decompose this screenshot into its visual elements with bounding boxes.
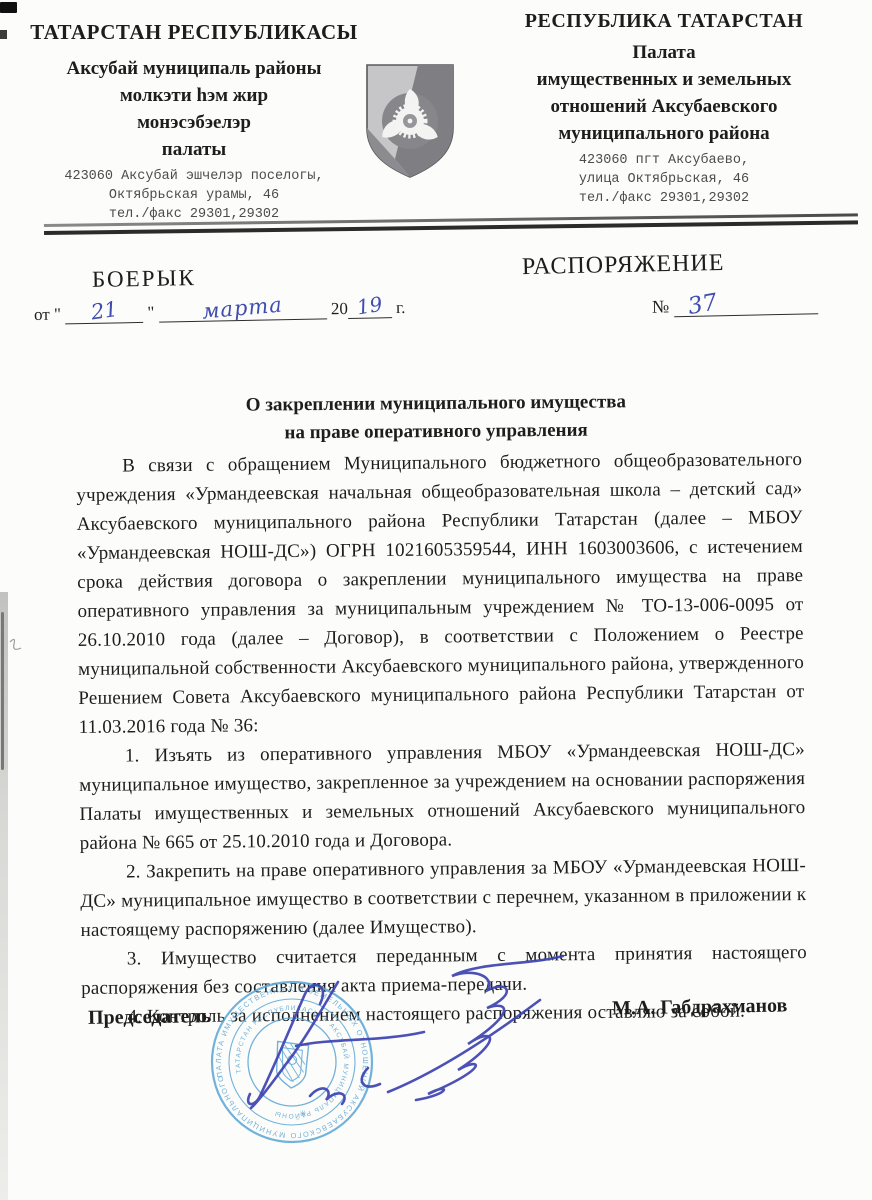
stamp-star-separator: ✳	[298, 1108, 308, 1119]
org-name-line: молкэти hэм жир	[26, 82, 362, 109]
org-name-line: муниципального района	[468, 120, 860, 147]
scan-artifact-corner-small	[0, 30, 7, 39]
document-subject: О закреплении муниципального имущества н…	[0, 386, 872, 450]
scan-artifact-pencil-mark	[10, 639, 21, 649]
order-title-russian: РАСПОРЯЖЕНИЕ	[522, 250, 725, 281]
org-name-line: РЕСПУБЛИКА ТАТАРСТАН	[468, 10, 860, 33]
body-paragraph: 2. Закрепить на праве оперативного управ…	[80, 851, 807, 945]
scan-artifact-left-line	[1, 612, 4, 770]
address-line: 423060 Аксубай эшчелэр поселогы,	[26, 167, 362, 186]
handwritten-day: 21	[89, 299, 118, 323]
order-number-line: № 37	[652, 292, 818, 317]
date-month-blank: марта	[158, 296, 326, 322]
stamp-center-shield	[276, 1041, 309, 1088]
order-title-tatar: БОЕРЫК	[92, 265, 196, 293]
quote-mark: "	[147, 303, 154, 322]
address-line: улица Октябрьская, 46	[468, 170, 860, 189]
org-name-line: отношений Аксубаевского	[468, 93, 860, 120]
address-line: тел./факс 29301,29302	[468, 189, 860, 208]
signatory-name: М.А. Габдрахманов	[612, 994, 788, 1020]
org-name-line: палаты	[26, 136, 362, 163]
body-paragraph: В связи с обращением Муниципального бюдж…	[76, 445, 805, 742]
handwritten-month: марта	[201, 294, 283, 321]
date-day-blank: 21	[65, 300, 143, 324]
address-line: Октябрьская урамы, 46	[26, 186, 362, 205]
date-year-blank: 19	[348, 295, 392, 319]
number-sign: №	[652, 296, 670, 316]
org-name-line: имущественных и земельных	[468, 66, 860, 93]
org-name-line: Палата	[468, 39, 860, 66]
quote-mark: "	[54, 304, 61, 323]
document-body: В связи с обращением Муниципального бюдж…	[76, 445, 808, 1032]
org-name-line: Аксубай муниципаль районы	[26, 55, 362, 82]
org-address: 423060 пгт Аксубаево, улица Октябрьская,…	[468, 151, 860, 208]
date-century: 20	[331, 299, 348, 318]
body-paragraph: 1. Изъять из оперативного управления МБО…	[79, 735, 806, 858]
scan-artifact-corner	[0, 2, 17, 13]
letterhead-tatar-block: ТАТАРСТАН РЕСПУБЛИКАСЫ Аксубай муниципал…	[26, 20, 362, 224]
org-name-line: монэсэбэелэр	[26, 109, 362, 136]
org-name-line: ТАТАРСТАН РЕСПУБЛИКАСЫ	[26, 20, 362, 45]
letterhead-russian-block: РЕСПУБЛИКА ТАТАРСТАН Палата имущественны…	[468, 10, 860, 208]
coat-of-arms-icon	[360, 60, 460, 182]
order-date-line: от " 21 " марта 2019 г.	[34, 295, 406, 325]
handwritten-number: 37	[686, 292, 718, 317]
handwritten-year: 19	[356, 294, 384, 318]
org-address: 423060 Аксубай эшчелэр поселогы, Октябрь…	[26, 167, 362, 224]
number-blank: 37	[673, 292, 817, 317]
scanned-document-page: ТАТАРСТАН РЕСПУБЛИКАСЫ Аксубай муниципал…	[0, 0, 872, 1200]
address-line: 423060 пгт Аксубаево,	[468, 151, 860, 170]
body-paragraph: 3. Имущество считается переданным с моме…	[81, 938, 808, 1003]
date-suffix: г.	[396, 298, 406, 317]
date-prefix: от	[34, 305, 50, 324]
signature-position-label: Председатель	[88, 1005, 212, 1030]
